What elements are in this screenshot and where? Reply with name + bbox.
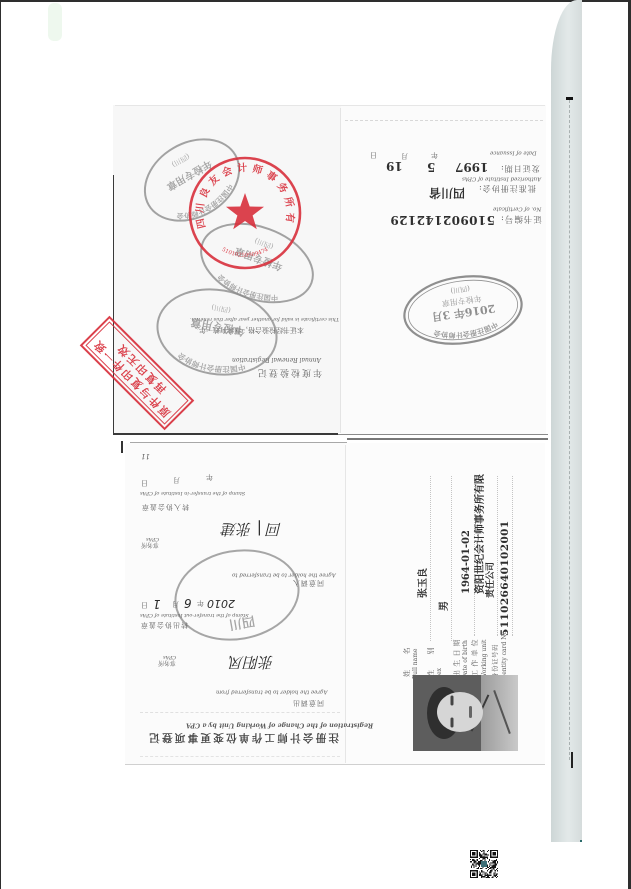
issue-date-label-en: Date of Issuance	[490, 149, 537, 155]
photo-mouth	[469, 706, 472, 718]
holder-photo	[413, 675, 518, 751]
out-agree-label-cn: 同意调出	[292, 699, 324, 706]
holder-name: 张玉良	[419, 568, 429, 598]
institute-label-en: Authorized Institute of CPAs	[462, 175, 541, 181]
out-stamp-label-en: Stamp of the transfer-out Institute of C…	[140, 612, 249, 617]
photo-shirt	[481, 675, 518, 751]
page-number: 11	[141, 452, 150, 459]
holder-dob: 1964-01-02	[462, 530, 472, 594]
out-date-month: 6	[184, 597, 192, 609]
field-underline	[430, 476, 431, 641]
binder-strip	[551, 0, 582, 842]
id-label-cn: 身份证号码	[492, 644, 499, 679]
transfer-title-en: Registration of the Change of Working Un…	[186, 721, 373, 727]
in-date-month-unit: 月	[173, 476, 180, 483]
unit-label-cn: 工 作 单 位	[472, 639, 479, 677]
in-firm-label: 事务所 CPAs	[141, 536, 159, 547]
out-firm-label: 事务所 CPAs	[158, 654, 176, 665]
lower-spread-top-edge	[130, 442, 347, 443]
photo-eye	[451, 696, 454, 706]
field-underline	[451, 476, 452, 641]
out-date-month-unit: 月	[172, 600, 179, 607]
out-date-day: 1	[153, 598, 161, 610]
rule-line	[140, 712, 340, 713]
in-stamp-label-en: Stamp of the transfer-in Institute of CP…	[140, 490, 245, 495]
id-label-en: Identity card No.	[502, 629, 508, 681]
photo-eye	[451, 718, 454, 728]
institute-name: 四川省	[429, 187, 465, 199]
svg-text:(四川): (四川)	[170, 152, 192, 170]
certificate-renewal-stamp: 中国注册会计师协会 2016年 3月 年检专用章 (四川)	[400, 272, 526, 348]
svg-text:中国注册会计师协会: 中国注册会计师协会	[432, 319, 500, 343]
svg-text:(四川): (四川)	[210, 303, 231, 315]
out-date-year-unit: 年	[197, 599, 204, 606]
transfer-stamp: 四川	[170, 545, 304, 645]
issue-day: 19	[386, 160, 403, 172]
photo-face	[437, 692, 483, 732]
in-date-year-unit: 年	[206, 473, 213, 480]
institute-label-cn: 批准注册协会:	[478, 184, 536, 192]
out-date-day-unit: 日	[141, 601, 148, 608]
holder-unit-line2: 责任公司	[487, 562, 496, 598]
spread-bottom-border-right	[338, 434, 548, 435]
top-gutter	[340, 108, 341, 433]
out-stamp-label-cn: 转出协会盖章	[140, 621, 188, 628]
lower-spread-top-edge-right	[347, 438, 548, 440]
holder-sex: 男	[440, 601, 450, 611]
qr-code-icon	[470, 850, 498, 878]
svg-text:(四川): (四川)	[450, 284, 471, 296]
in-date-day-unit: 日	[141, 479, 148, 486]
unit-label-en: Working unit	[482, 640, 488, 679]
certificate-number: 510902142129	[390, 214, 495, 226]
binder-mark	[566, 97, 573, 100]
dob-label-cn: 出 生 日 期	[454, 639, 461, 677]
binder-strip-stitch	[569, 100, 570, 760]
dob-label-en: Date of birth	[463, 640, 469, 679]
screen-frame-top	[0, 0, 631, 2]
out-date-year: 2010	[207, 598, 235, 609]
issue-date-label-cn: 发证日期:	[500, 164, 540, 172]
holder-info: 姓 名 Full name 张玉良 性 别 Sex 男 出 生 日 期 Date…	[404, 471, 516, 681]
transfer-title-cn: 注册会计师工作单位变更事项登记	[147, 732, 339, 743]
out-signature: 张阳凤	[229, 654, 274, 669]
issue-month: 5	[427, 161, 435, 173]
certificate-number-label-en: No. of Certificate	[493, 205, 541, 211]
scan-smudge	[48, 3, 62, 41]
renewal-stamp-2: 中国注册会计师协会 年检专用章 (四川)	[190, 209, 324, 316]
issue-year: 1997	[455, 161, 488, 173]
binder-mark	[571, 752, 573, 768]
binder-dot	[580, 840, 582, 842]
in-signature: 回 | 张建	[222, 521, 282, 536]
issue-month-unit: 月	[401, 152, 408, 159]
renewal-stamp-1: 中国注册会计师协会 年检专用章 (四川)	[130, 123, 254, 237]
issue-year-unit: 年	[431, 151, 438, 158]
field-underline	[497, 476, 498, 636]
lower-spread-mark	[121, 441, 123, 453]
holder-id-number: 511026640102001	[500, 520, 511, 636]
holder-unit-line1: 资阳世纪会计师事务所有限	[476, 474, 486, 594]
lower-spread-bottom-edge	[125, 764, 545, 765]
screen-frame-left	[0, 0, 1, 889]
in-stamp-label-cn: 转入协会盖章	[141, 503, 189, 510]
svg-text:年检专用章: 年检专用章	[190, 315, 247, 338]
certificate-number-label-cn: 证书编号:	[500, 214, 542, 223]
issue-day-unit: 日	[370, 151, 377, 158]
field-underline	[512, 476, 513, 636]
sex-label-cn: 性 别	[428, 647, 435, 677]
rule-line	[140, 756, 340, 757]
name-label-cn: 姓 名	[404, 647, 411, 677]
bottom-gutter	[345, 445, 346, 763]
out-agree-label-en: Agree the holder to be transferred from	[216, 688, 327, 694]
rule-line	[345, 120, 543, 121]
